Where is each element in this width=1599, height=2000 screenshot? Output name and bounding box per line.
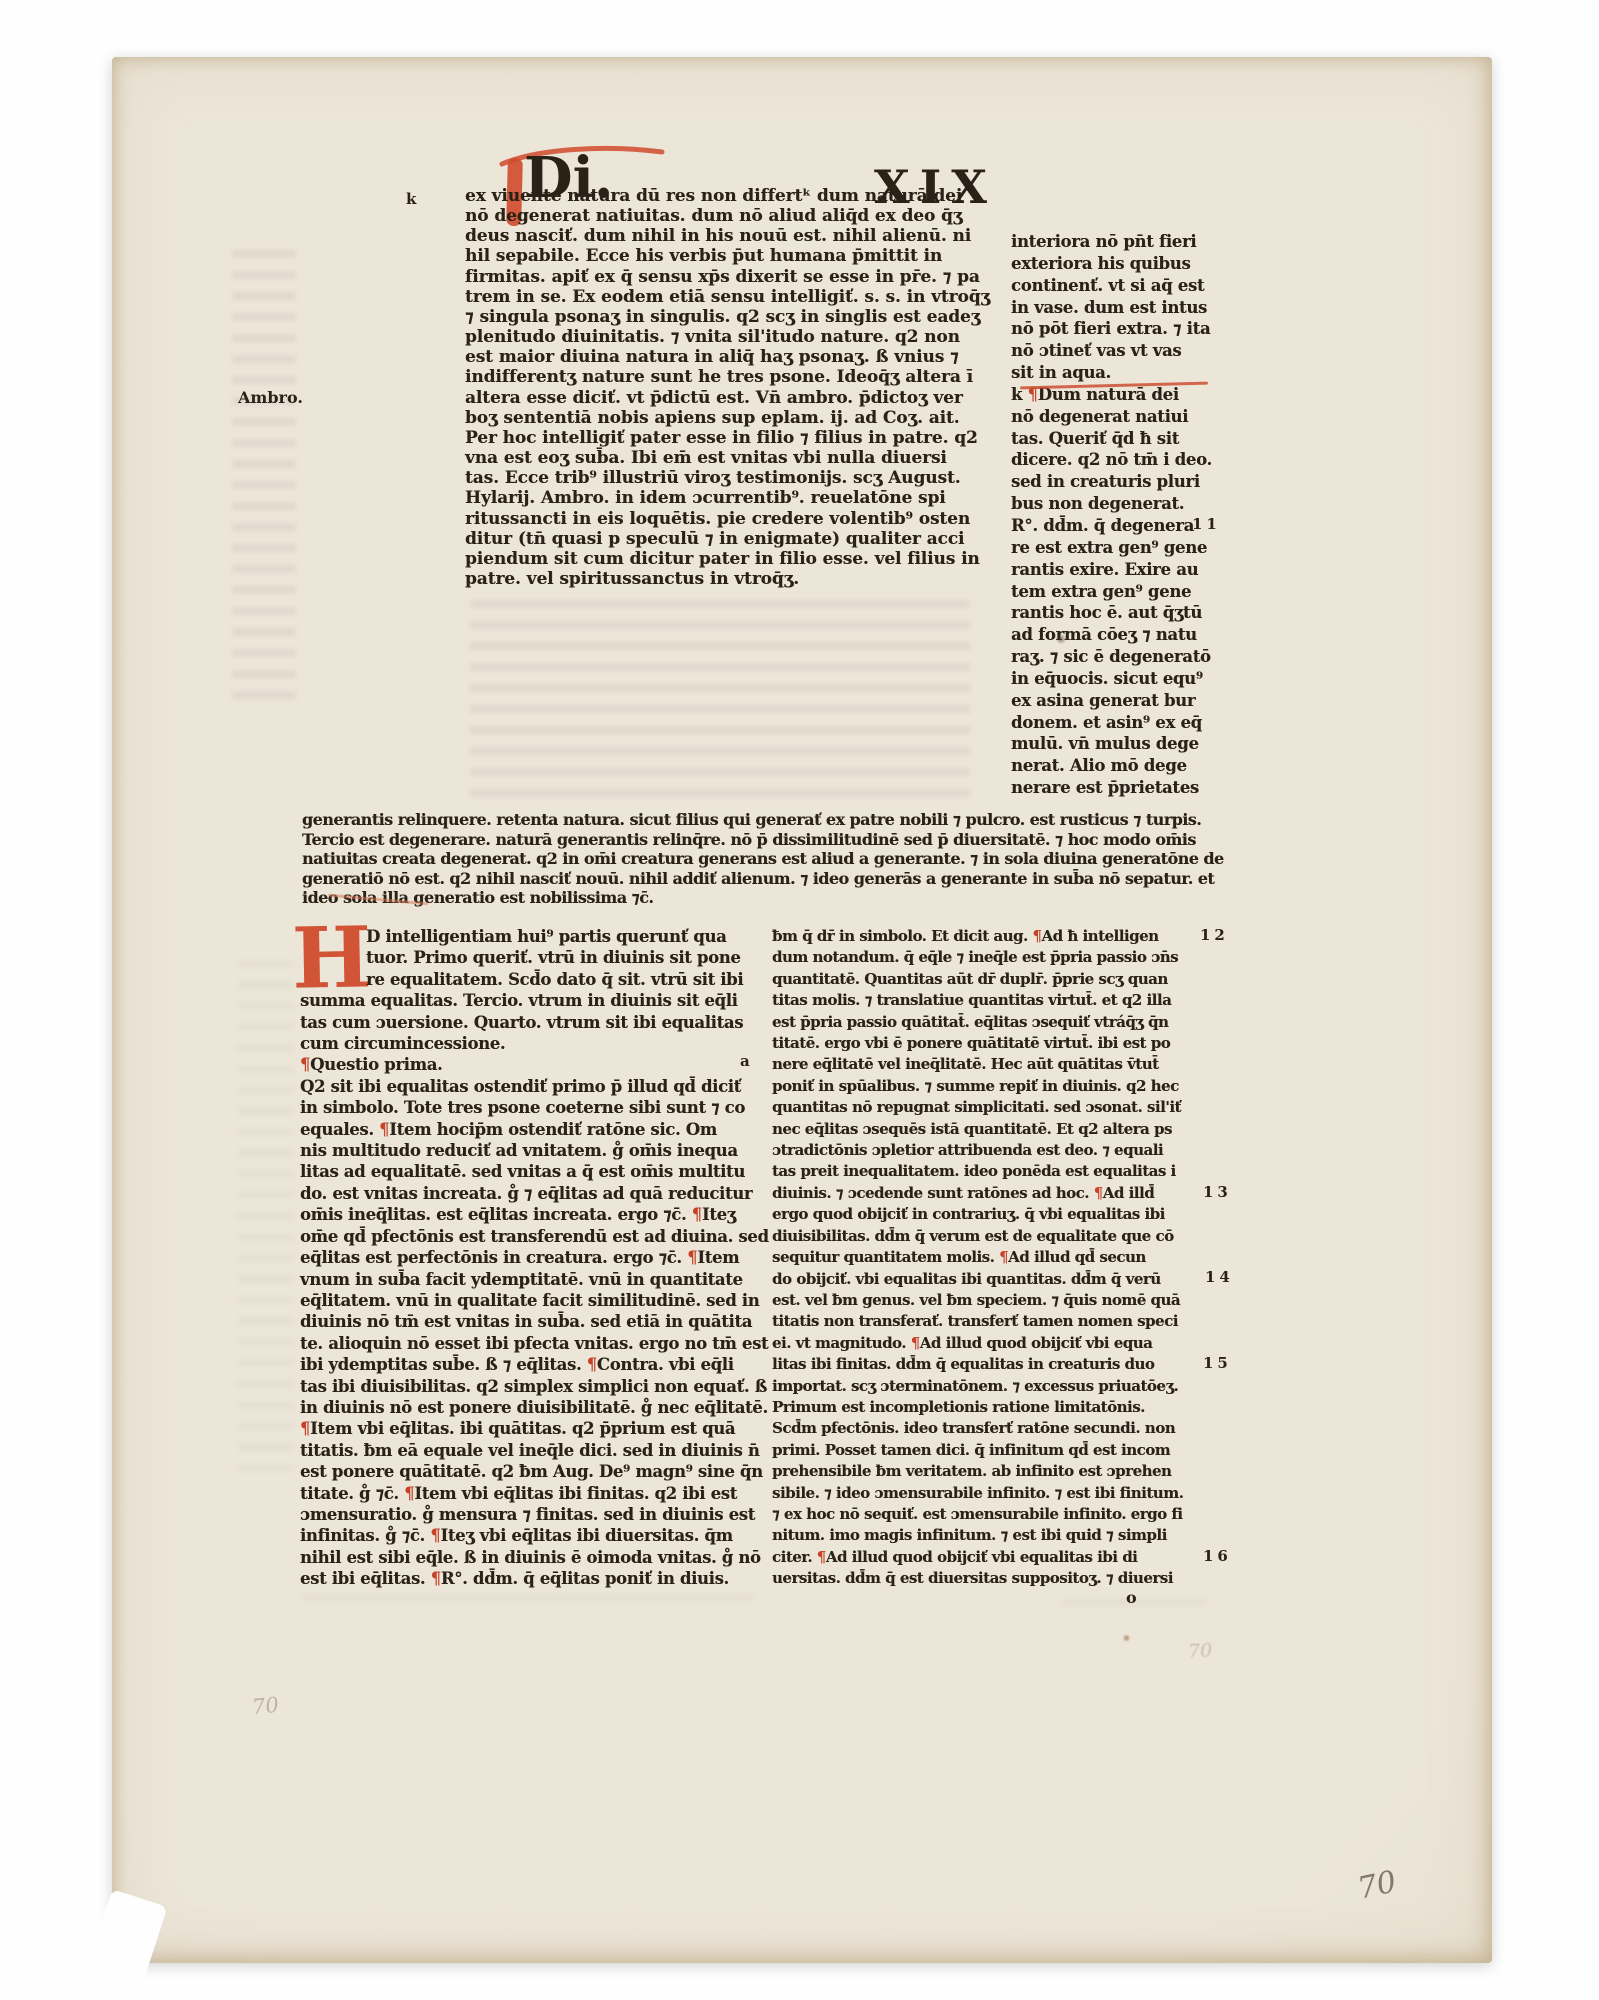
text-line: titate. g̊ ⁊c̄. ¶Item vbi eq̄litas ibi f… — [300, 1483, 766, 1504]
text-line: equales. ¶Item hocip̄m ostendiť ratōne s… — [300, 1119, 766, 1140]
text-line: tas cum ɔuersione. Quarto. vtrum sit ibi… — [300, 1012, 766, 1033]
text-line: eq̄litatem. vnū in qualitate facit simil… — [300, 1290, 766, 1311]
text-line: prehensibile ƀm veritatem. ab infinito e… — [772, 1461, 1194, 1482]
text-line: ritussancti in eis loquētis. pie credere… — [465, 509, 980, 529]
pilcrow-rubric: ¶ — [817, 1548, 826, 1566]
text-line: ideo sola illa generatio est nobilissima… — [302, 888, 1197, 908]
text-line: diuisibilitas. dd̄m q̄ verum est de equa… — [772, 1226, 1194, 1247]
signature-mark-o: o — [1126, 1588, 1137, 1607]
text-line: R°. dd̄m. q̄ degenera — [1011, 515, 1211, 537]
text-line: Primum est incompletionis ratione limita… — [772, 1397, 1194, 1418]
text-line: citer. ¶Ad illud quod obijciť vbi equali… — [772, 1547, 1194, 1568]
gloss-column: interiora nō pn̄t fieriexteriora his qui… — [1011, 231, 1211, 799]
margin-number-12: 12 — [1200, 926, 1229, 944]
text-line: ⁊ ex hoc nō sequiť. est ɔmensurabile inf… — [772, 1504, 1194, 1525]
text-line: diuinis nō tm̄ est vnitas in sub̄a. sed … — [300, 1311, 766, 1332]
text-line: sed in creaturis pluri — [1011, 471, 1211, 493]
text-line: Tercio est degenerare. naturā generantis… — [302, 830, 1197, 850]
text-line: infinitas. g̊ ⁊c̄. ¶Iteʒ vbi eq̄litas ib… — [300, 1525, 766, 1546]
text-line: dicere. q2 nō tm̄ i deo. — [1011, 449, 1211, 471]
text-line: ei. vt magnitudo. ¶Ad illud quod obijciť… — [772, 1333, 1194, 1354]
text-line: nihil est sibi eq̄le. ß in diuinis ē oim… — [300, 1547, 766, 1568]
text-line: altera esse diciť. vt p̄dictū est. Vn̄ a… — [465, 388, 980, 408]
text-line: ⁊ singula psonaʒ in singulis. q2 scʒ in … — [465, 307, 980, 327]
text-line: nec eq̄litas ɔsequēs istā quantitatē. Et… — [772, 1119, 1194, 1140]
text-line: ¶Item vbi eq̄litas. ibi quātitas. q2 p̄p… — [300, 1418, 766, 1439]
margin-number-14: 14 — [1205, 1268, 1234, 1286]
text-line: tem extra gen⁹ gene — [1011, 581, 1211, 603]
text-line: interiora nō pn̄t fieri — [1011, 231, 1211, 253]
text-line: in vase. dum est intus — [1011, 297, 1211, 319]
text-line: cum circumincessione. — [300, 1033, 766, 1054]
pilcrow-rubric: ¶ — [911, 1334, 920, 1352]
text-line: rantis hoc ē. aut q̄ʒtū — [1011, 602, 1211, 624]
text-line: nerat. Alio mō dege — [1011, 755, 1211, 777]
text-line: nitum. imo magis infinitum. ⁊ est ibi qu… — [772, 1525, 1194, 1546]
margin-number-16: 16 — [1203, 1547, 1232, 1565]
text-line: ex viuente natura dū res non differtᵏ du… — [465, 186, 980, 206]
text-line: nerare est p̄prietates — [1011, 777, 1211, 799]
main-text-column: ex viuente natura dū res non differtᵏ du… — [465, 186, 980, 589]
text-line: eq̄litas est perfectōnis in creatura. er… — [300, 1247, 766, 1268]
text-line: sequitur quantitatem molis. ¶Ad illud qd… — [772, 1247, 1194, 1268]
text-line: nō degenerat natiui — [1011, 406, 1211, 428]
text-line: nō degenerat natiuitas. dum nō aliud ali… — [465, 206, 980, 226]
margin-note-ambrose: Ambro. — [238, 388, 303, 407]
text-line: quantitas nō repugnat simplicitati. sed … — [772, 1097, 1194, 1118]
text-line: poniť in spūalibus. ⁊ summe repiť in diu… — [772, 1076, 1194, 1097]
text-line: trem in se. Ex eodem etiā sensu intellig… — [465, 287, 980, 307]
text-line: est ponere quātitatē. q2 ƀm Aug. De⁹ mag… — [300, 1461, 766, 1482]
text-line: titatis. ƀm eā equale vel ineq̄le dici. … — [300, 1440, 766, 1461]
text-line: ditur (tn̄ quasi p speculū ⁊ in enigmate… — [465, 529, 980, 549]
text-line: rantis exire. Exire au — [1011, 559, 1211, 581]
text-line: Scd̄m pfectōnis. ideo transferť ratōne s… — [772, 1418, 1194, 1439]
margin-number-15: 15 — [1203, 1354, 1232, 1372]
pilcrow-rubric: ¶ — [687, 1248, 697, 1267]
text-line: deus nasciť. dum nihil in his nouū est. … — [465, 226, 980, 246]
text-line: vna est eoʒ sub̄a. Ibi em̄ est vnitas vb… — [465, 448, 980, 468]
photo-background: Di. XIX k Ambro. ex viuente natura dū re… — [0, 0, 1599, 2000]
text-line: do. est vnitas increata. g̊ ⁊ eq̄litas a… — [300, 1183, 766, 1204]
text-line: exteriora his quibus — [1011, 253, 1211, 275]
text-line: sibile. ⁊ ideo ɔmensurabile infinito. ⁊ … — [772, 1483, 1194, 1504]
text-line: ¶Questio prima. — [300, 1054, 766, 1075]
pilcrow-rubric: ¶ — [692, 1205, 702, 1224]
paper-edge-chip — [86, 1889, 167, 1987]
text-line: nis multitudo reduciť ad vnitatem. g̊ om… — [300, 1140, 766, 1161]
text-line: raʒ. ⁊ sic ē degeneratō — [1011, 646, 1211, 668]
text-line: boʒ sententiā nobis apiens sup eplam. ij… — [465, 408, 980, 428]
text-line: litas ad equalitatē. sed vnitas a q̄ est… — [300, 1161, 766, 1182]
text-line: D intelligentiam hui⁹ partis querunť qua — [300, 926, 766, 947]
text-line: donem. et asin⁹ ex eq̄ — [1011, 712, 1211, 734]
text-line: continenť. vt si aq̄ est — [1011, 275, 1211, 297]
text-line: patre. vel spiritussanctus in vtroq̄ʒ. — [465, 569, 980, 589]
text-line: summa equalitas. Tercio. vtrum in diuini… — [300, 990, 766, 1011]
text-line: diuinis. ⁊ ɔcedende sunt ratōnes ad hoc.… — [772, 1183, 1194, 1204]
margin-number-13: 13 — [1203, 1183, 1232, 1201]
text-line: in diuinis nō est ponere diuisibilitatē.… — [300, 1397, 766, 1418]
text-line: titatis non transferať. transferť tamen … — [772, 1311, 1194, 1332]
quire-letter-a: a — [740, 1052, 750, 1070]
text-line: ergo quod obijciť in contrariuʒ. q̄ vbi … — [772, 1204, 1194, 1225]
text-line: Hylarij. Ambro. in idem ɔcurrentib⁹. reu… — [465, 488, 980, 508]
handwritten-faint-number: 70 — [251, 1693, 280, 1720]
margin-number-11: 11 — [1192, 515, 1221, 533]
pilcrow-rubric: ¶ — [430, 1526, 440, 1545]
text-line: Per hoc intelligiť pater esse in filio ⁊… — [465, 428, 980, 448]
text-line: in eq̄uocis. sicut equ⁹ — [1011, 668, 1211, 690]
text-line: est. vel ƀm genus. vel ƀm speciem. ⁊ q̄u… — [772, 1290, 1194, 1311]
text-line: re est extra gen⁹ gene — [1011, 537, 1211, 559]
showthrough-text — [470, 600, 970, 800]
text-line: est ibi eq̄litas. ¶R°. dd̄m. q̄ eq̄litas… — [300, 1568, 766, 1589]
text-line: ad formā cōeʒ ⁊ natu — [1011, 624, 1211, 646]
text-line: nō pōt fieri extra. ⁊ ita — [1011, 318, 1211, 340]
margin-letter-k: k — [406, 190, 416, 208]
pilcrow-rubric: ¶ — [300, 1419, 310, 1438]
text-line: nere eq̄litatē vel ineq̄litatē. Hec aūt … — [772, 1054, 1194, 1075]
text-line: tas preit inequalitatem. ideo ponēda est… — [772, 1161, 1194, 1182]
text-line: uersitas. dd̄m q̄ est diuersitas supposi… — [772, 1568, 1194, 1589]
text-line: om̄e qd̄ pfectōnis est transferendū est … — [300, 1226, 766, 1247]
pilcrow-rubric: ¶ — [999, 1248, 1008, 1266]
pilcrow-rubric: ¶ — [379, 1120, 389, 1139]
pilcrow-rubric: ¶ — [1032, 927, 1041, 945]
text-line: tas ibi diuisibilitas. q2 simplex simpli… — [300, 1376, 766, 1397]
text-line: generantis relinquere. retenta natura. s… — [302, 810, 1197, 830]
text-line: in simbolo. Tote tres psone coeterne sib… — [300, 1097, 766, 1118]
paper-stain — [1122, 1634, 1131, 1642]
text-line: primi. Posset tamen dici. q̄ infinitum q… — [772, 1440, 1194, 1461]
text-line: ƀm q̄ dr̄ in simbolo. Et dicit aug. ¶Ad … — [772, 926, 1194, 947]
text-line: tas. Queriť q̄d ħ sit — [1011, 428, 1211, 450]
text-line: sit in aqua. — [1011, 362, 1211, 384]
text-line: titatē. ergo vbi ē ponere quātitatē virt… — [772, 1033, 1194, 1054]
text-line: Q2 sit ibi equalitas ostendiť primo p̄ i… — [300, 1076, 766, 1097]
pilcrow-rubric: ¶ — [404, 1484, 414, 1503]
text-line: natiuitas creata degenerat. q2 in om̄i c… — [302, 849, 1197, 869]
text-line: vnum in sub̄a facit ydemptitatē. vnū in … — [300, 1269, 766, 1290]
text-line: quantitatē. Quantitas aūt dr̄ duplr̄. p̄… — [772, 969, 1194, 990]
question-column-right: ƀm q̄ dr̄ in simbolo. Et dicit aug. ¶Ad … — [772, 926, 1194, 1590]
text-line: tuor. Primo queriť. vtrū in diuinis sit … — [300, 947, 766, 968]
pilcrow-rubric: ¶ — [431, 1569, 441, 1588]
showthrough-text — [232, 250, 296, 710]
text-line: est maior diuina natura in aliq̄ haʒ pso… — [465, 347, 980, 367]
text-line: ɔmensuratio. g̊ mensura ⁊ finitas. sed i… — [300, 1504, 766, 1525]
text-line: dum notandum. q̄ eq̄le ⁊ ineq̄le est p̄p… — [772, 947, 1194, 968]
text-line: do obijciť. vbi equalitas ibi quantitas.… — [772, 1269, 1194, 1290]
text-line: ɔtradictōnis ɔpletior attribuenda est de… — [772, 1140, 1194, 1161]
text-line: firmitas. apiť ex q̄ sensu xp̄s dixerit … — [465, 267, 980, 287]
showthrough-text — [238, 960, 294, 1480]
text-line: ex asina generat bur — [1011, 690, 1211, 712]
showthrough-text — [302, 1594, 754, 1614]
text-line: importat. scʒ ɔterminatōnem. ⁊ excessus … — [772, 1376, 1194, 1397]
text-line: re equalitatem. Scd̄o dato q̄ sit. vtrū … — [300, 969, 766, 990]
pilcrow-rubric: ¶ — [1094, 1184, 1103, 1202]
text-line: generatiō nō est. q2 nihil nasciť nouū. … — [302, 869, 1197, 889]
text-line: indifferentʒ nature sunt he tres psone. … — [465, 367, 980, 387]
pilcrow-rubric: ¶ — [587, 1355, 597, 1374]
text-line: titas molis. ⁊ translatiue quantitas vir… — [772, 990, 1194, 1011]
handwritten-showthrough-number: 70 — [1187, 1639, 1212, 1662]
text-line: est p̄pria passio quātitat̄. eq̄litas ɔs… — [772, 1012, 1194, 1033]
question-column-left: D intelligentiam hui⁹ partis querunť qua… — [300, 926, 766, 1590]
text-line: te. alioquin nō esset ibi pfecta vnitas.… — [300, 1333, 766, 1354]
text-line: ibi ydemptitas sub̄e. ß ⁊ eq̄litas. ¶Con… — [300, 1354, 766, 1375]
pilcrow-rubric: ¶ — [300, 1055, 310, 1074]
text-line: tas. Ecce trib⁹ illustriū viroʒ testimon… — [465, 468, 980, 488]
text-line: nō ɔtineť vas vt vas — [1011, 340, 1211, 362]
text-line: piendum sit cum dicitur pater in filio e… — [465, 549, 980, 569]
text-line: bus non degenerat. — [1011, 493, 1211, 515]
text-line: hil sepabile. Ecce his verbis p̄ut human… — [465, 246, 980, 266]
text-line: plenitudo diuinitatis. ⁊ vnita sil'itudo… — [465, 327, 980, 347]
text-line: litas ibi finitas. dd̄m q̄ equalitas in … — [772, 1354, 1194, 1375]
text-line: mulū. vn̄ mulus dege — [1011, 733, 1211, 755]
full-width-paragraph: generantis relinquere. retenta natura. s… — [302, 810, 1197, 908]
text-line: om̄is ineq̄litas. est eq̄litas increata.… — [300, 1204, 766, 1225]
ink-blot — [1055, 634, 1067, 644]
